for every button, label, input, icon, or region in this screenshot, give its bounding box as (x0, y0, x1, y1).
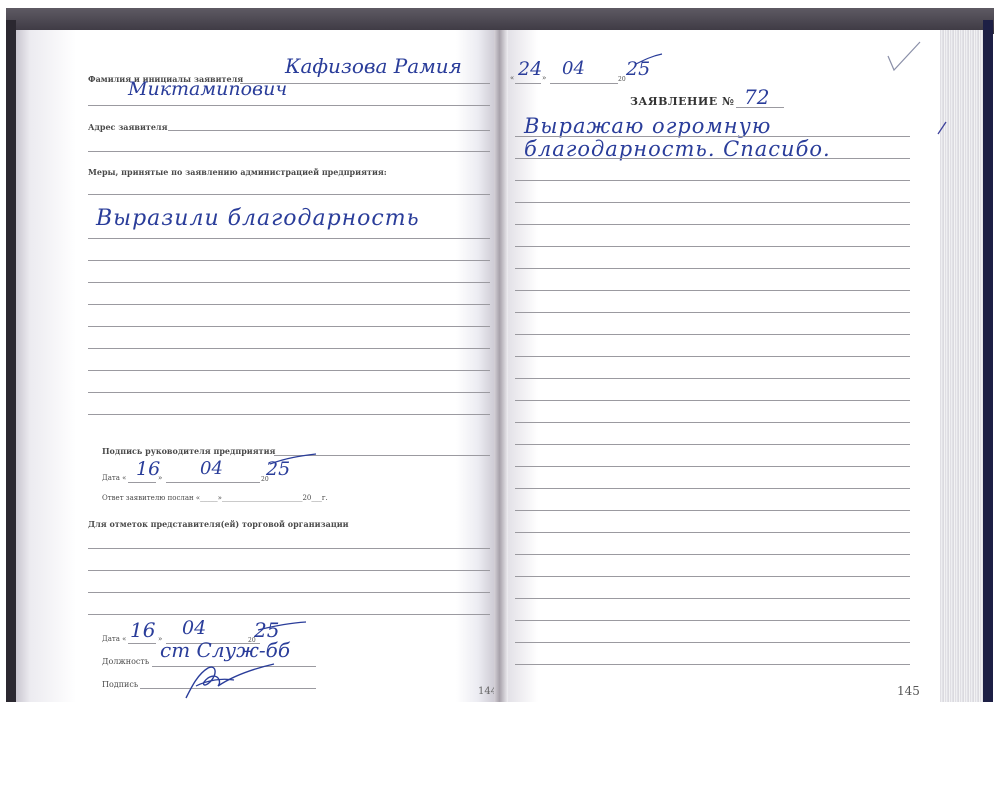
applicant-name-handwritten-2: Миктамипович (128, 78, 287, 100)
book-cover-left-edge (6, 20, 16, 702)
statement-ruled-line (515, 444, 910, 445)
statement-text-line-1: Выражаю огромную (524, 114, 771, 138)
statement-ruled-line (515, 400, 910, 401)
applicant-name-line-2 (88, 105, 490, 106)
statement-ruled-line (515, 290, 910, 291)
statement-ruled-line (515, 180, 910, 181)
statement-ruled-line (515, 224, 910, 225)
statement-ruled-line (515, 510, 910, 511)
measures-line-10 (88, 414, 490, 415)
date-quote-close: » (158, 474, 162, 482)
statement-ruled-line (515, 312, 910, 313)
rep-notes-line-4 (88, 614, 490, 615)
measures-label: Меры, принятые по заявлению администраци… (88, 167, 387, 177)
rep-date-label: Дата « (102, 635, 126, 643)
statement-ruled-line (515, 576, 910, 577)
book-cover-right-edge (983, 20, 993, 702)
statement-date-quote-open: « (510, 74, 514, 82)
statement-ruled-line (515, 378, 910, 379)
statement-ruled-line (515, 246, 910, 247)
right-page-number: 145 (897, 684, 920, 698)
address-line (168, 130, 490, 131)
statement-ruled-line (515, 620, 910, 621)
date-underline-stroke (268, 452, 318, 466)
rep-date-day-handwritten: 16 (130, 618, 155, 642)
statement-ruled-line (515, 268, 910, 269)
statement-date-day-line (515, 83, 541, 84)
measures-line-1 (88, 194, 490, 195)
statement-line-2 (515, 158, 910, 159)
signature-handwritten (178, 660, 278, 700)
statement-number-handwritten: 72 (744, 85, 769, 109)
statement-ruled-line (515, 488, 910, 489)
measures-line-3 (88, 260, 490, 261)
measures-line-5 (88, 304, 490, 305)
rep-date-day-line (128, 643, 156, 644)
address-label: Адрес заявителя (88, 122, 167, 132)
rep-notes-line-1 (88, 548, 490, 549)
manager-signature-label: Подпись руководителя предприятия (102, 446, 275, 456)
statement-date-quote-close: » (542, 74, 546, 82)
representative-notes-label: Для отметок представителя(ей) торговой о… (88, 519, 349, 529)
date-month-line (166, 482, 260, 483)
statement-ruled-line (515, 356, 910, 357)
date-month-handwritten: 04 (200, 458, 223, 479)
statement-date-month-line (550, 83, 618, 84)
margin-tick-mark (936, 118, 948, 136)
statement-ruled-line (515, 532, 910, 533)
rep-notes-line-2 (88, 570, 490, 571)
statement-title: ЗАЯВЛЕНИЕ № (630, 95, 734, 108)
position-handwritten: ст Служ-бб (160, 638, 290, 662)
measures-line-2 (88, 238, 490, 239)
measures-handwritten: Выразили благодарность (96, 206, 420, 231)
statement-ruled-line (515, 554, 910, 555)
book-gutter (494, 30, 508, 702)
date-label: Дата « (102, 474, 126, 482)
statement-ruled-line (515, 642, 910, 643)
check-mark-icon (884, 38, 924, 74)
statement-date-month-handwritten: 04 (562, 58, 585, 79)
statement-date-day-handwritten: 24 (518, 58, 542, 80)
statement-ruled-line (515, 202, 910, 203)
rep-date-underline-stroke (256, 620, 308, 634)
measures-line-7 (88, 348, 490, 349)
measures-line-9 (88, 392, 490, 393)
signature-label: Подпись (102, 680, 138, 689)
position-label: Должность (102, 657, 149, 666)
statement-ruled-line (515, 598, 910, 599)
statement-ruled-line (515, 664, 910, 665)
statement-date-stroke (634, 52, 664, 66)
measures-line-6 (88, 326, 490, 327)
measures-line-8 (88, 370, 490, 371)
statement-ruled-line (515, 466, 910, 467)
statement-ruled-line (515, 334, 910, 335)
applicant-name-handwritten-1: Кафизова Рамия (285, 54, 462, 78)
statement-ruled-line (515, 422, 910, 423)
address-line-2 (88, 151, 490, 152)
statement-date-year-prefix: 20 (618, 76, 626, 83)
rep-date-month-handwritten: 04 (182, 617, 206, 639)
reply-sent-label: Ответ заявителю послан «_____»__________… (102, 494, 328, 502)
date-day-handwritten: 16 (136, 458, 160, 480)
measures-line-4 (88, 282, 490, 283)
rep-notes-line-3 (88, 592, 490, 593)
date-day-line (128, 482, 156, 483)
